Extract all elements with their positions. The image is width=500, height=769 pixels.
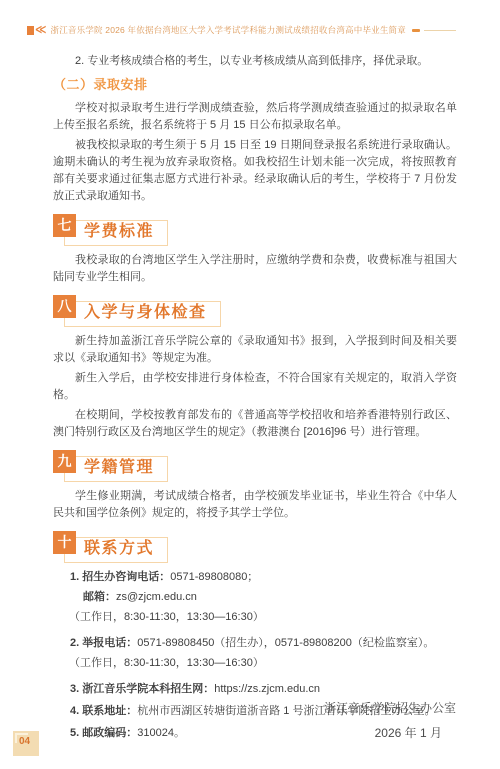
page-number-badge: 04 <box>13 731 39 756</box>
contact-value: （工作日，8:30-11:30，13:30—16:30） <box>69 611 264 623</box>
section-title-frame: 学费标准 <box>64 220 168 246</box>
chevrons-icon: ≪ <box>27 26 46 35</box>
contact-value: 0571-89808080； <box>170 571 258 583</box>
contact-label: 3. 浙江音乐学院本科招生网： <box>70 683 214 695</box>
header-title: 浙江音乐学院 2026 年依据台湾地区大学入学考试学科能力测试成绩招收台湾高中毕… <box>51 24 406 36</box>
contact-row-admissions-phone: 1. 招生办咨询电话：0571-89808080； <box>70 569 457 586</box>
sub-section-heading: （二）录取安排 <box>53 76 457 93</box>
section-title: 学籍管理 <box>84 459 154 476</box>
section-number-box: 十 <box>53 531 76 554</box>
header-rule <box>424 30 456 31</box>
contact-label: 1. 招生办咨询电话： <box>70 571 170 583</box>
section-number-box: 八 <box>53 295 76 318</box>
section-title: 联系方式 <box>84 540 154 557</box>
paragraph: 我校录取的台湾地区学生入学注册时，应缴纳学费和杂费，收费标准与祖国大陆同专业学生… <box>53 252 457 286</box>
contact-row-hours-note: （工作日，8:30-11:30，13:30—16:30） <box>69 655 457 672</box>
contact-row-hours-note: （工作日，8:30-11:30，13:30—16:30） <box>69 609 457 626</box>
section-badge-enrollment-physical-exam: 八 入学与身体检查 <box>53 295 457 326</box>
contact-value: （工作日，8:30-11:30，13:30—16:30） <box>69 657 264 669</box>
section-badge-tuition-fees: 七 学费标准 <box>53 214 457 245</box>
paragraph: 在校期间，学校按教育部发布的《普通高等学校招收和培养香港特别行政区、澳门特别行政… <box>53 407 457 441</box>
website-link[interactable]: https://zs.zjcm.edu.cn <box>214 683 320 695</box>
contact-value: 0571-89808450（招生办），0571-89808200（纪检监察室）。 <box>137 637 434 649</box>
section-number-box: 九 <box>53 450 76 473</box>
contact-label: 4. 联系地址： <box>70 705 137 717</box>
section-title: 入学与身体检查 <box>84 304 207 321</box>
contact-row-email: 邮箱：zs@zjcm.edu.cn <box>83 589 457 606</box>
contact-label: 邮箱： <box>83 591 116 603</box>
section-badge-student-status: 九 学籍管理 <box>53 450 457 481</box>
document-body: 2. 专业考核成绩合格的考生，以专业考核成绩从高到低排序，择优录取。 （二）录取… <box>53 53 457 742</box>
page-header: ≪ 浙江音乐学院 2026 年依据台湾地区大学入学考试学科能力测试成绩招收台湾高… <box>27 24 456 36</box>
page-number: 04 <box>19 736 30 747</box>
paragraph: 学校对拟录取考生进行学测成绩查验，然后将学测成绩查验通过的拟录取名单上传至报名系… <box>53 100 457 134</box>
email-address: zs@zjcm.edu.cn <box>116 591 197 603</box>
section-badge-contact-info: 十 联系方式 <box>53 531 457 562</box>
document-page: ≪ 浙江音乐学院 2026 年依据台湾地区大学入学考试学科能力测试成绩招收台湾高… <box>0 0 500 769</box>
paragraph: 学生修业期满，考试成绩合格者，由学校颁发毕业证书，毕业生符合《中华人民共和国学位… <box>53 488 457 522</box>
contact-label: 2. 举报电话： <box>70 637 137 649</box>
contact-value: 310024。 <box>137 727 185 739</box>
paragraph: 被我校拟录取的考生须于 5 月 15 日至 19 日期间登录报名系统进行录取确认… <box>53 137 457 205</box>
contact-label: 5. 邮政编码： <box>70 727 137 739</box>
section-title: 学费标准 <box>84 223 154 240</box>
section-title-frame: 联系方式 <box>64 537 168 563</box>
contact-row-website: 3. 浙江音乐学院本科招生网：https://zs.zjcm.edu.cn <box>70 681 457 698</box>
issuing-office: 浙江音乐学院招生办公室 <box>324 699 456 716</box>
paragraph: 新生入学后，由学校安排进行身体检查，不符合国家有关规定的，取消入学资格。 <box>53 370 457 404</box>
paragraph-numbered-item: 2. 专业考核成绩合格的考生，以专业考核成绩从高到低排序，择优录取。 <box>53 53 457 70</box>
document-footer: 浙江音乐学院招生办公室 2026 年 1 月 <box>324 699 456 741</box>
paragraph: 新生持加盖浙江音乐学院公章的《录取通知书》报到，入学报到时间及相关要求以《录取通… <box>53 333 457 367</box>
contact-row-report-phone: 2. 举报电话：0571-89808450（招生办），0571-89808200… <box>70 635 457 652</box>
section-title-frame: 入学与身体检查 <box>64 301 221 327</box>
issue-date: 2026 年 1 月 <box>324 724 456 741</box>
section-number-box: 七 <box>53 214 76 237</box>
section-title-frame: 学籍管理 <box>64 456 168 482</box>
header-dash-icon <box>412 29 420 32</box>
